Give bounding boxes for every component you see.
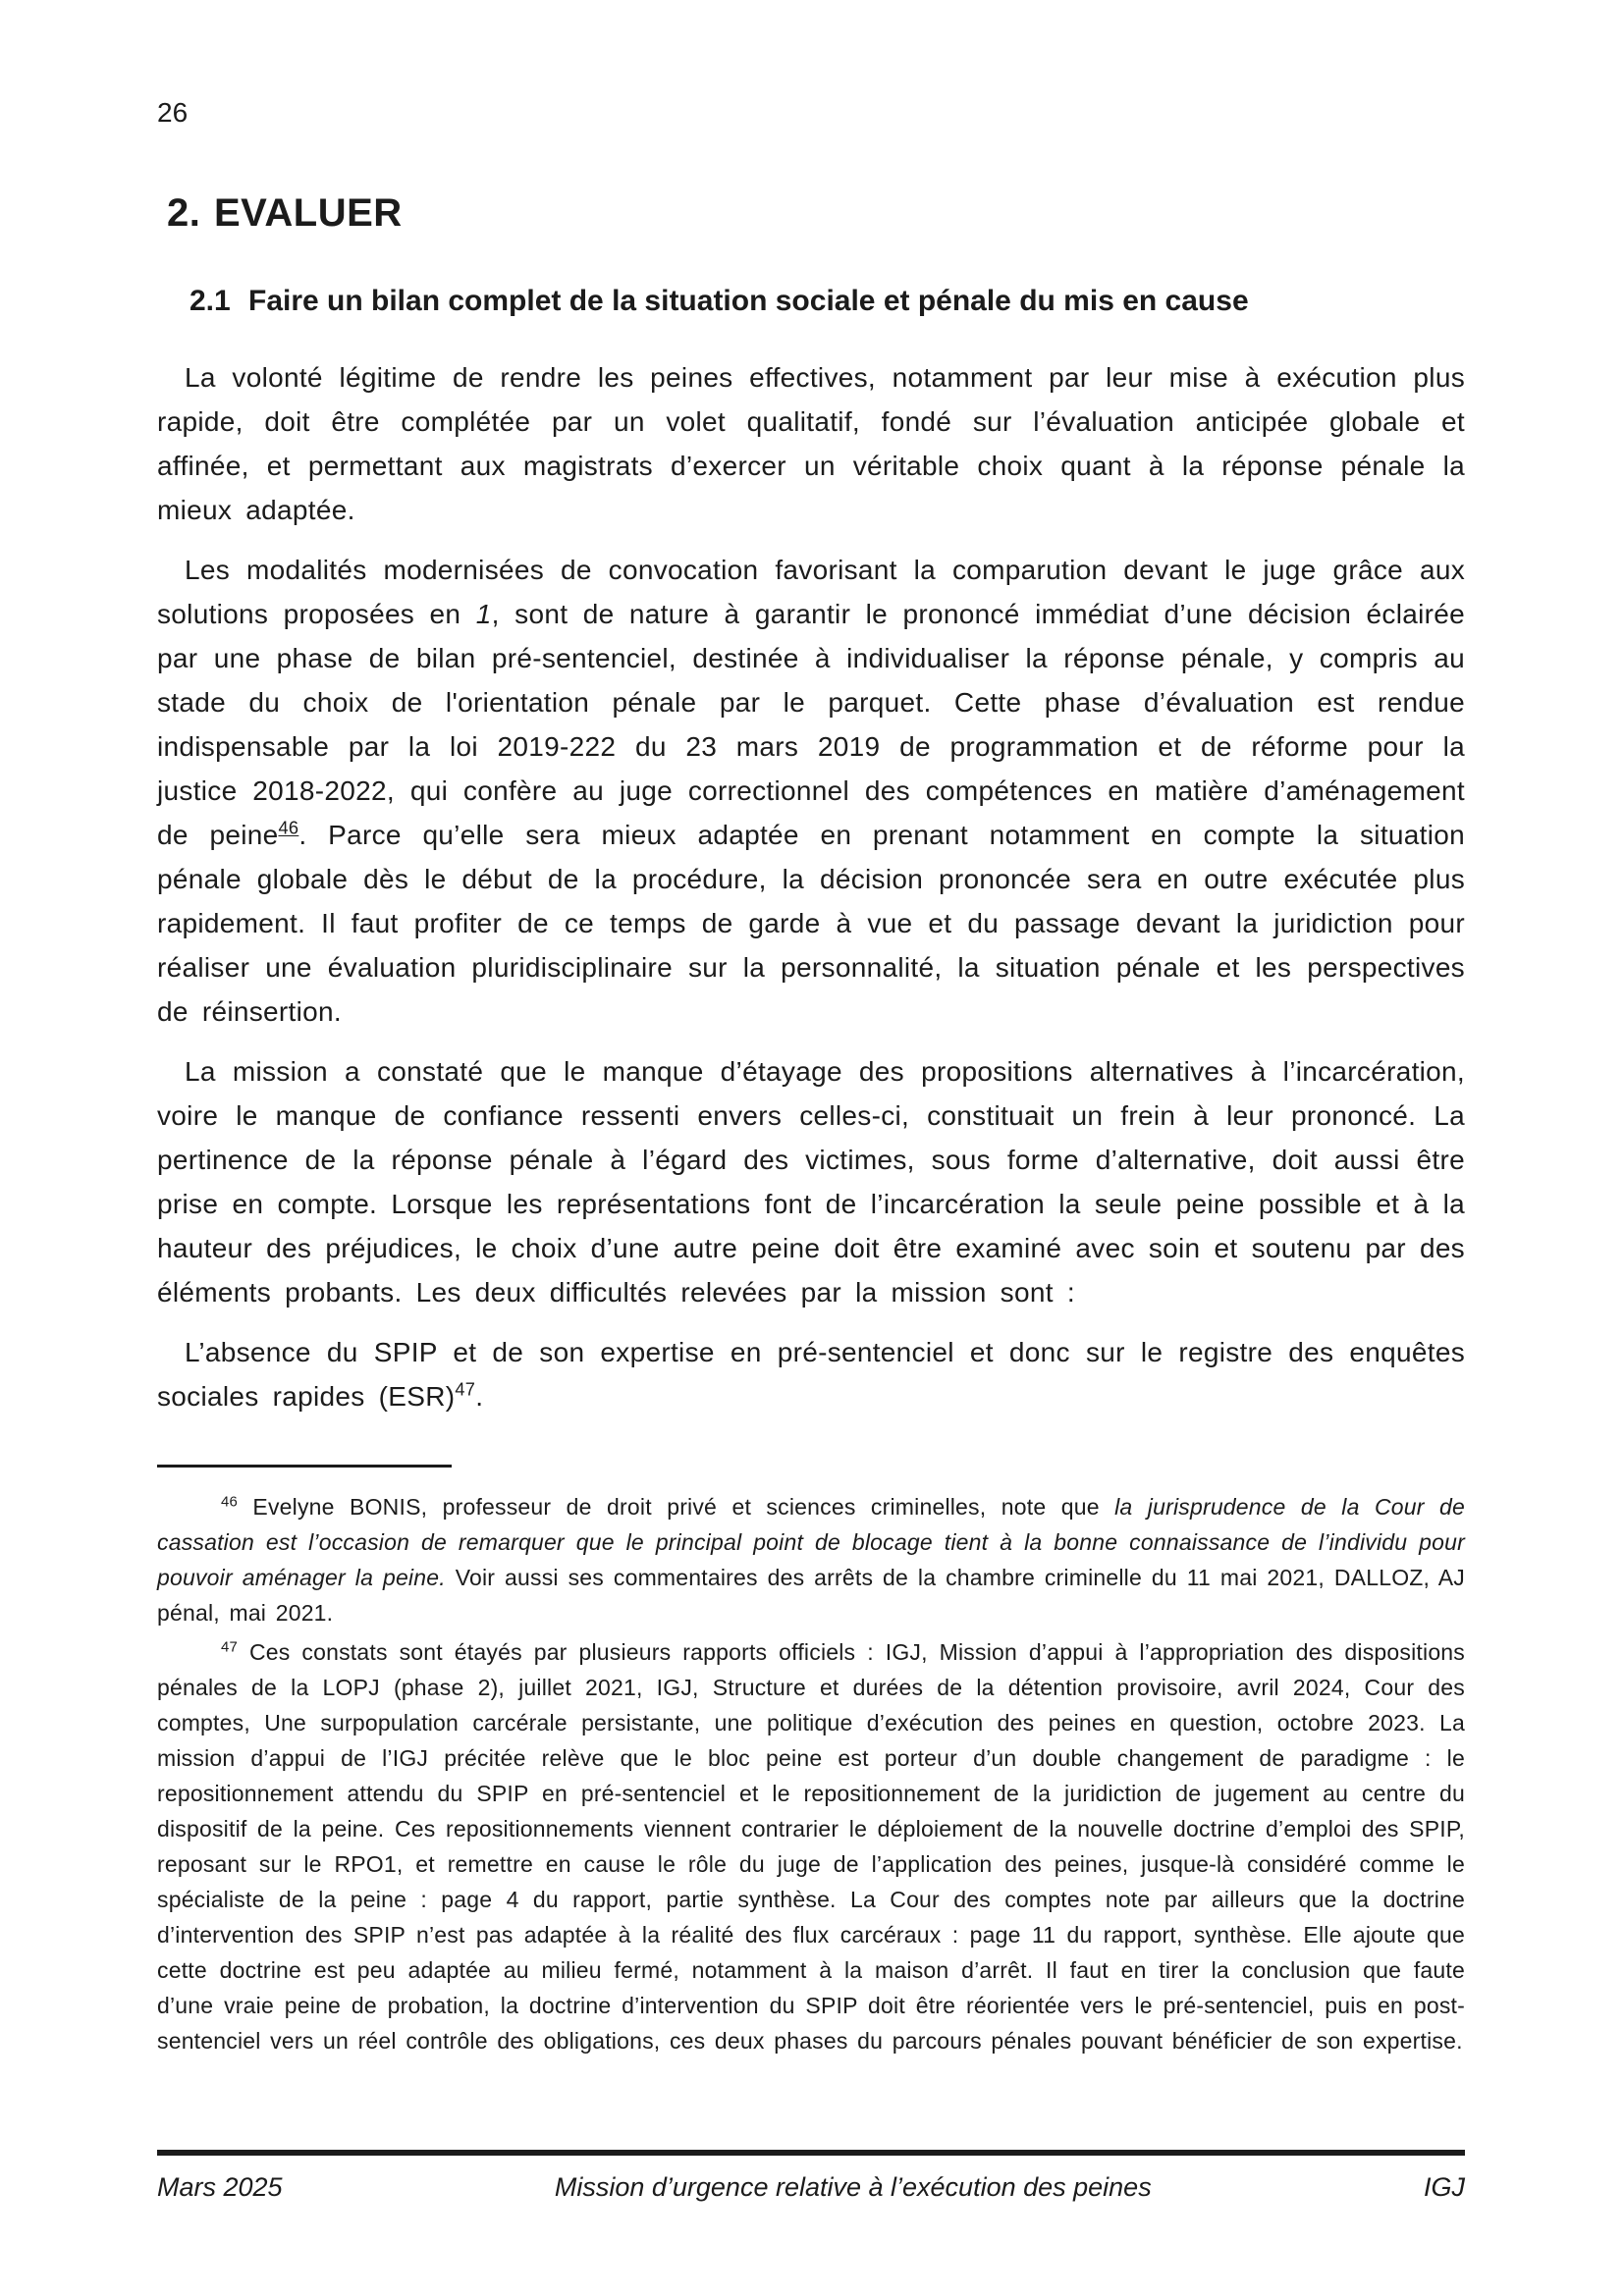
body-paragraph-1: La volonté légitime de rendre les peines… bbox=[157, 355, 1465, 532]
footer-date: Mars 2025 bbox=[157, 2167, 283, 2207]
footnote-46: 46 Evelyne BONIS, professeur de droit pr… bbox=[157, 1489, 1465, 1630]
text-segment: Ces constats sont étayés par plusieurs r… bbox=[157, 1639, 1465, 2054]
subsection-heading-number: 2.1 bbox=[189, 283, 248, 320]
text-segment: 1 bbox=[476, 599, 492, 629]
footnote-number-47: 47 bbox=[221, 1638, 238, 1655]
page-number: 26 bbox=[157, 96, 1465, 130]
document-page: 26 2. EVALUER 2.1 Faire un bilan complet… bbox=[0, 0, 1624, 2296]
section-heading-number: 2. bbox=[167, 190, 214, 236]
footnote-47: 47 Ces constats sont étayés par plusieur… bbox=[157, 1634, 1465, 2058]
text-segment: La volonté légitime de rendre les peines… bbox=[157, 362, 1465, 525]
page-content: 26 2. EVALUER 2.1 Faire un bilan complet… bbox=[157, 96, 1465, 1434]
footnote-ref-46[interactable]: 46 bbox=[278, 819, 298, 838]
text-segment: , sont de nature à garantir le prononcé … bbox=[157, 599, 1465, 850]
subsection-heading: 2.1 Faire un bilan complet de la situati… bbox=[189, 283, 1465, 320]
footer-org: IGJ bbox=[1424, 2167, 1465, 2207]
text-segment: La mission a constaté que le manque d’ét… bbox=[157, 1056, 1465, 1308]
page-footer: Mars 2025 Mission d’urgence relative à l… bbox=[157, 2167, 1465, 2207]
footnote-number-46: 46 bbox=[221, 1493, 238, 1510]
subsection-heading-label: Faire un bilan complet de la situation s… bbox=[248, 283, 1249, 320]
text-segment: . Parce qu’elle sera mieux adaptée en pr… bbox=[157, 820, 1465, 1027]
text-segment: . bbox=[475, 1381, 483, 1412]
body-paragraph-4: L’absence du SPIP et de son expertise en… bbox=[157, 1330, 1465, 1418]
body-paragraph-3: La mission a constaté que le manque d’ét… bbox=[157, 1049, 1465, 1314]
text-segment: L’absence du SPIP et de son expertise en… bbox=[157, 1337, 1465, 1412]
footnote-area: 46 Evelyne BONIS, professeur de droit pr… bbox=[157, 1465, 1465, 2062]
footer-title: Mission d’urgence relative à l’exécution… bbox=[283, 2167, 1424, 2207]
section-heading: 2. EVALUER bbox=[167, 190, 1465, 236]
footnote-ref-47: 47 bbox=[455, 1380, 475, 1400]
text-segment: Evelyne BONIS, professeur de droit privé… bbox=[238, 1494, 1114, 1520]
body-paragraph-2: Les modalités modernisées de convocation… bbox=[157, 548, 1465, 1034]
footnote-separator-rule bbox=[157, 1465, 452, 1468]
section-heading-label: EVALUER bbox=[214, 190, 403, 236]
footer-rule bbox=[157, 2150, 1465, 2156]
